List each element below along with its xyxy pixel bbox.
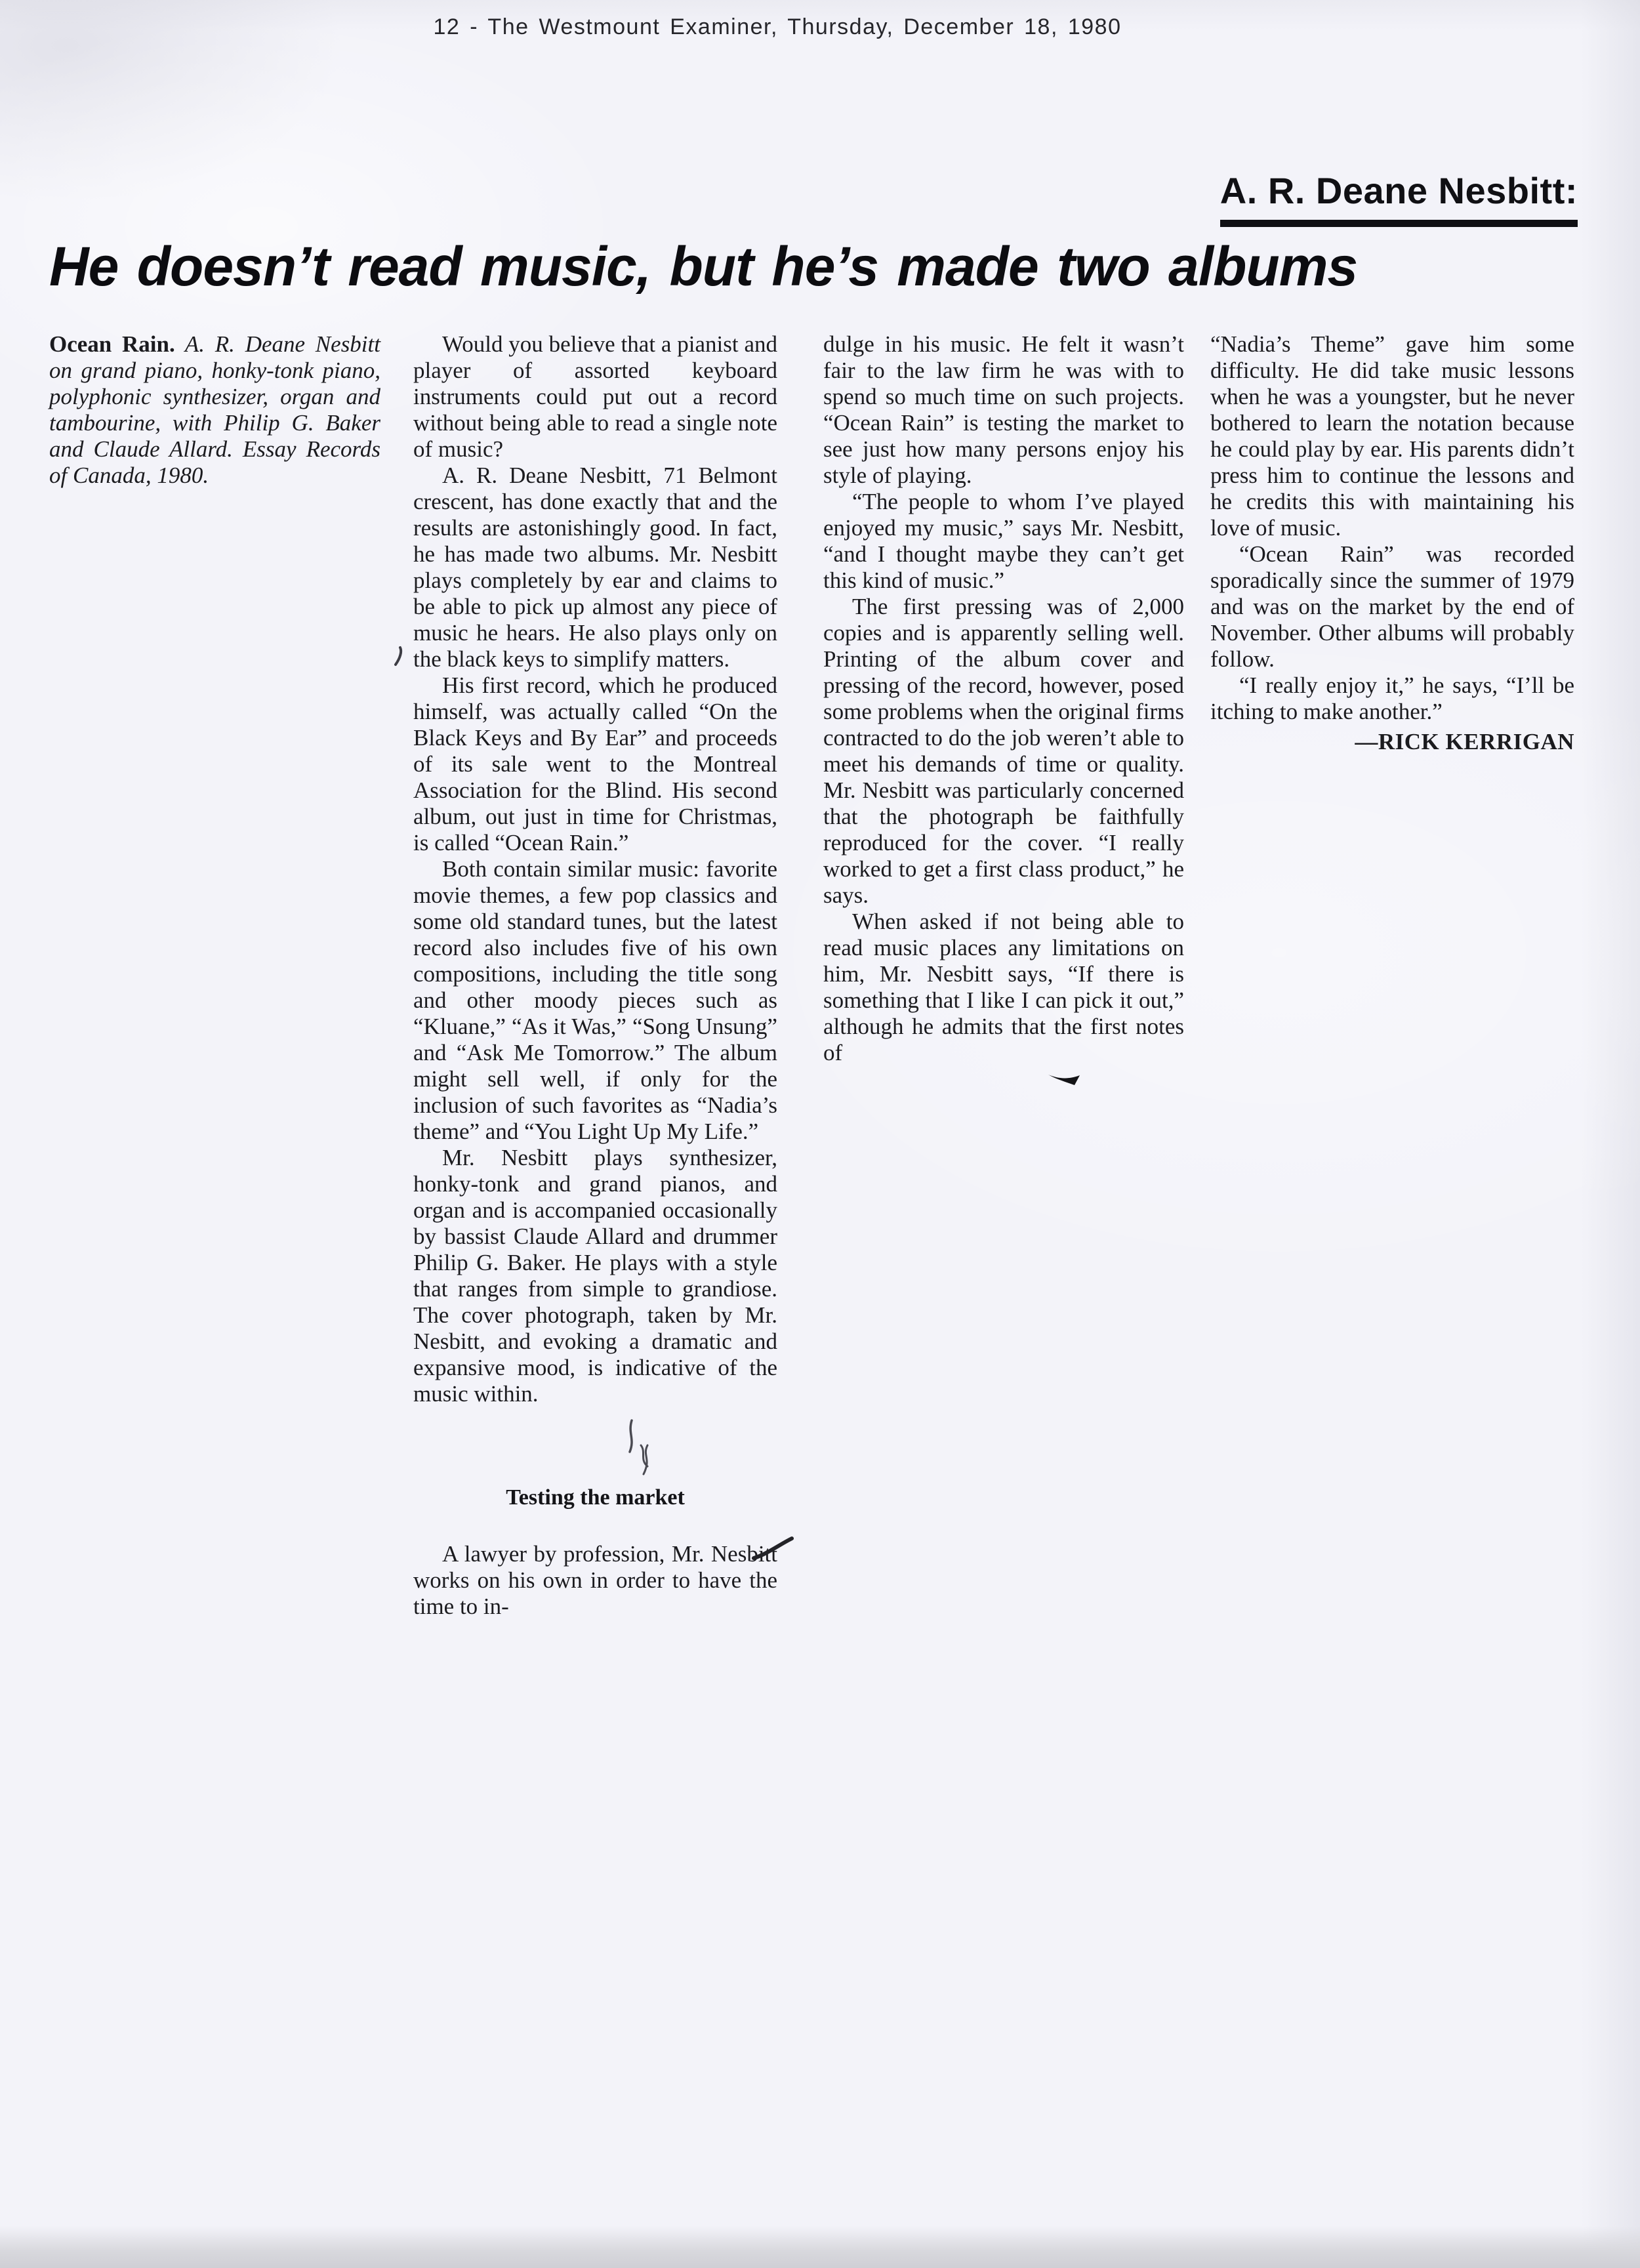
pen-squiggle-mark [613, 1416, 659, 1479]
column-2: Would you believe that a pianist and pla… [413, 331, 777, 1620]
printed-arrow-mark [1047, 1069, 1082, 1088]
column-3: dulge in his music. He felt it wasn’t fa… [823, 331, 1184, 1094]
pen-tick-mark [751, 1536, 794, 1565]
article-columns: Ocean Rain. A. R. Deane Nesbitt on grand… [49, 331, 1574, 1620]
body-paragraph: “Nadia’s Theme” gave him some difficulty… [1210, 331, 1574, 541]
body-paragraph: A lawyer by profession, Mr. Nesbitt work… [413, 1541, 777, 1620]
body-paragraph: “The people to whom I’ve played enjoyed … [823, 489, 1184, 594]
page-header: 12 - The Westmount Examiner, Thursday, D… [0, 14, 1640, 40]
body-paragraph: “I really enjoy it,” he says, “I’ll be i… [1210, 672, 1574, 725]
body-paragraph: Both contain similar music: favorite mov… [413, 856, 777, 1145]
kicker: A. R. Deane Nesbitt: [1220, 169, 1578, 227]
kicker-text: A. R. Deane Nesbitt: [1220, 169, 1578, 227]
body-paragraph: The first pressing was of 2,000 copies a… [823, 594, 1184, 909]
section-subhead: Testing the market [413, 1485, 777, 1511]
body-paragraph: dulge in his music. He felt it wasn’t fa… [823, 331, 1184, 489]
lede-album-title: Ocean Rain. [49, 331, 175, 357]
section-subhead-block: Testing the market [413, 1485, 777, 1511]
body-paragraph-wrap: A lawyer by profession, Mr. Nesbitt work… [413, 1541, 777, 1620]
body-paragraph: When asked if not being able to read mus… [823, 909, 1184, 1066]
body-paragraph: A. R. Deane Nesbitt, 71 Belmont crescent… [413, 463, 777, 672]
column-4: “Nadia’s Theme” gave him some difficulty… [1210, 331, 1574, 755]
lede-paragraph: Ocean Rain. A. R. Deane Nesbitt on grand… [49, 331, 380, 489]
margin-comma-mark [391, 645, 407, 669]
scan-bottom-shadow [0, 2226, 1640, 2268]
body-paragraph: His first record, which he produced hims… [413, 672, 777, 856]
column-1: Ocean Rain. A. R. Deane Nesbitt on grand… [49, 331, 380, 489]
body-paragraph: Would you believe that a pianist and pla… [413, 331, 777, 463]
author-byline: —RICK KERRIGAN [1210, 725, 1574, 755]
body-paragraph: Mr. Nesbitt plays synthesizer, honky-ton… [413, 1145, 777, 1407]
newspaper-scan-page: 12 - The Westmount Examiner, Thursday, D… [0, 0, 1640, 2268]
body-paragraph: “Ocean Rain” was recorded sporadically s… [1210, 541, 1574, 672]
headline: He doesn’t read music, but he’s made two… [49, 235, 1578, 299]
